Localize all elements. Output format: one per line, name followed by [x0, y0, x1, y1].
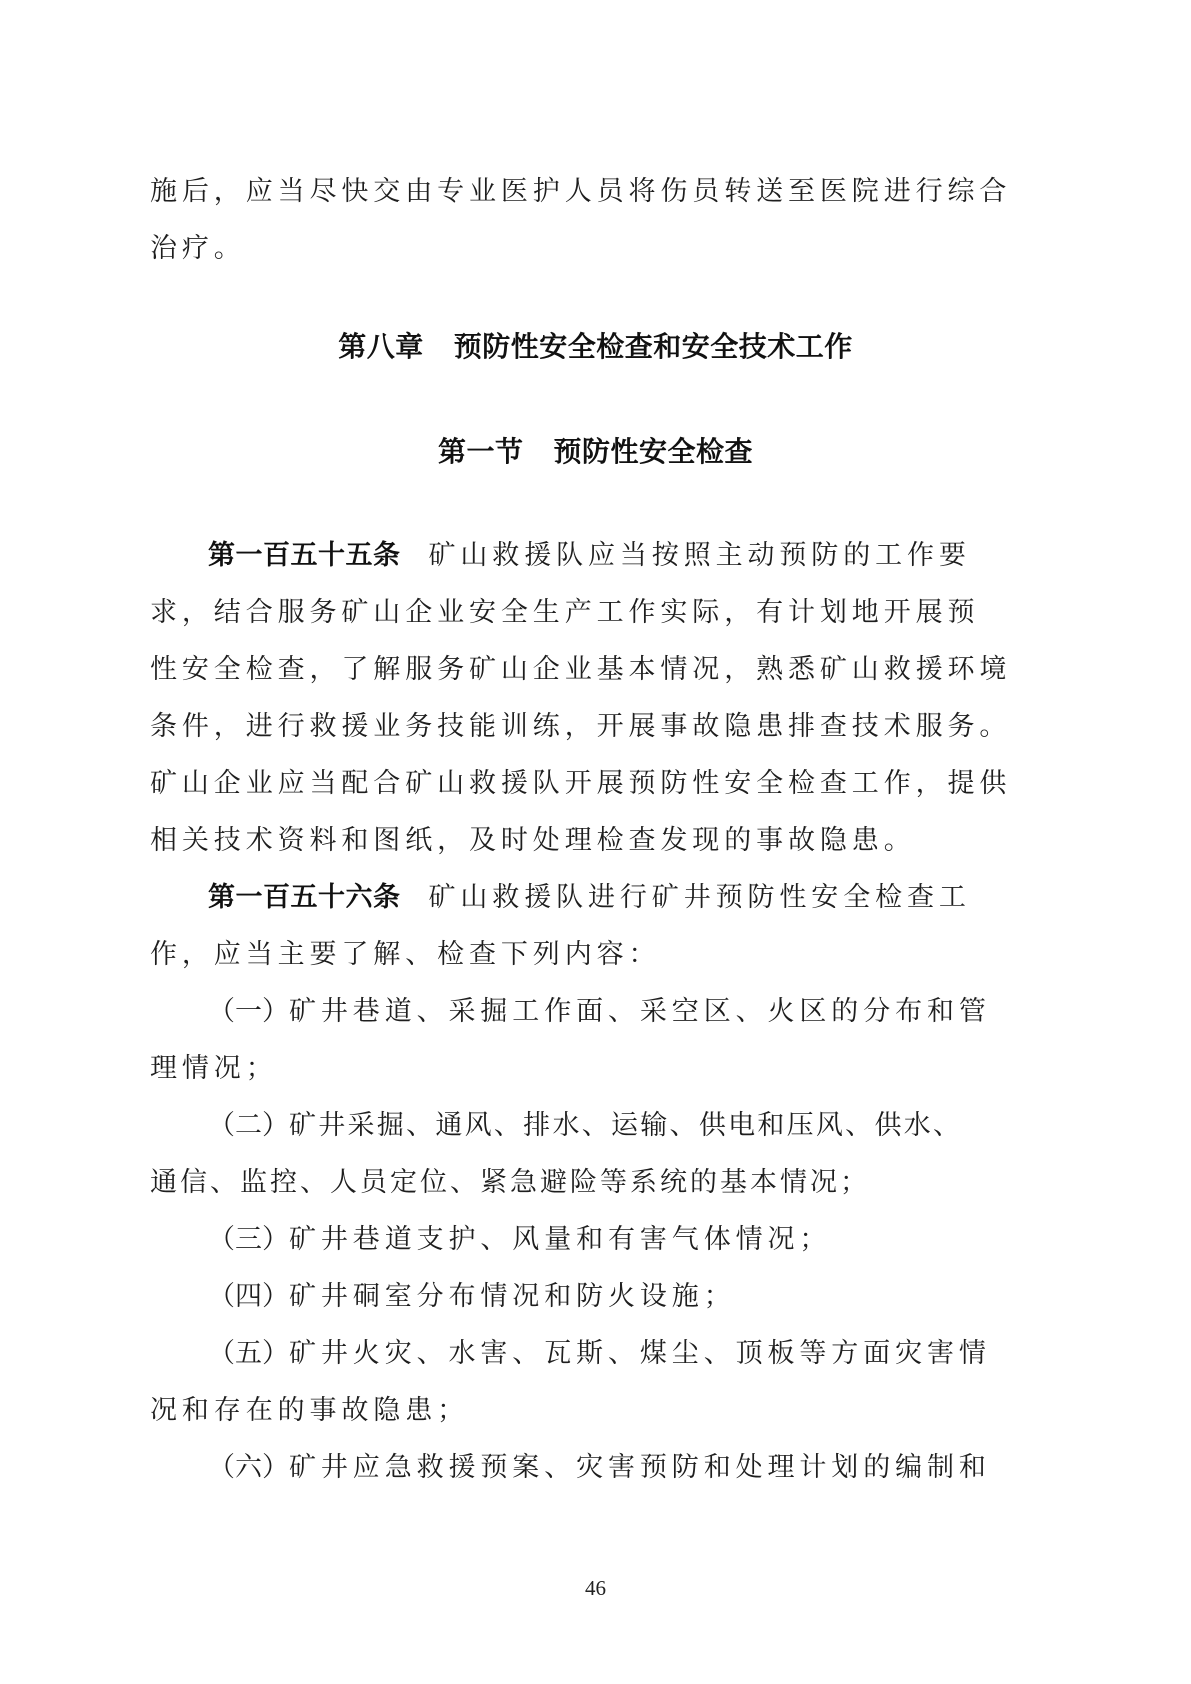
document-page: 施后，应当尽快交由专业医护人员将伤员转送至医院进行综合 治疗。 第八章预防性安全… — [0, 0, 1191, 1684]
chapter-number: 第八章 — [338, 330, 424, 363]
list-item-text: 矿井应急救援预案、灾害预防和处理计划的编制和 — [289, 1448, 991, 1488]
paragraph-line: 条件，进行救援业务技能训练，开展事故隐患排查技术服务。 — [150, 707, 962, 747]
article-156-first-line: 第一百五十六条 矿山救援队进行矿井预防性安全检查工 — [208, 878, 962, 918]
section-title: 预防性安全检查 — [554, 435, 754, 468]
list-item-6: （六） 矿井应急救援预案、灾害预防和处理计划的编制和 — [208, 1448, 962, 1488]
list-item-continuation: 通信、监控、人员定位、紧急避险等系统的基本情况； — [150, 1163, 962, 1203]
article-label: 第一百五十五条 — [208, 536, 401, 576]
list-item-text: 矿井采掘、通风、排水、运输、供电和压风、供水、 — [289, 1106, 962, 1146]
paragraph-line: 治疗。 — [150, 229, 962, 269]
paragraph-line: 相关技术资料和图纸，及时处理检查发现的事故隐患。 — [150, 821, 962, 861]
list-item-text: 矿井火灾、水害、瓦斯、煤尘、顶板等方面灾害情 — [289, 1334, 991, 1374]
list-item-continuation: 理情况； — [150, 1049, 962, 1089]
list-item-1: （一） 矿井巷道、采掘工作面、采空区、火区的分布和管 — [208, 992, 962, 1032]
section-heading: 第一节预防性安全检查 — [0, 432, 1191, 472]
list-item-text: 矿井硐室分布情况和防火设施； — [289, 1277, 736, 1317]
list-item-text: 矿井巷道、采掘工作面、采空区、火区的分布和管 — [289, 992, 991, 1032]
paragraph-line: 施后，应当尽快交由专业医护人员将伤员转送至医院进行综合 — [150, 172, 962, 212]
chapter-title: 预防性安全检查和安全技术工作 — [454, 330, 853, 363]
list-item-5: （五） 矿井火灾、水害、瓦斯、煤尘、顶板等方面灾害情 — [208, 1334, 962, 1374]
page-number: 46 — [0, 1576, 1191, 1601]
paragraph-line: 作，应当主要了解、检查下列内容： — [150, 935, 962, 975]
list-marker: （五） — [208, 1334, 289, 1374]
list-item-3: （三） 矿井巷道支护、风量和有害气体情况； — [208, 1220, 962, 1260]
article-label: 第一百五十六条 — [208, 878, 401, 918]
list-item-text: 矿井巷道支护、风量和有害气体情况； — [289, 1220, 831, 1260]
paragraph-line: 矿山救援队进行矿井预防性安全检查工 — [429, 878, 971, 918]
section-number: 第一节 — [438, 435, 524, 468]
list-item-continuation: 况和存在的事故隐患； — [150, 1391, 962, 1431]
list-item-4: （四） 矿井硐室分布情况和防火设施； — [208, 1277, 962, 1317]
list-marker: （三） — [208, 1220, 289, 1260]
list-marker: （二） — [208, 1106, 289, 1146]
chapter-heading: 第八章预防性安全检查和安全技术工作 — [0, 327, 1191, 367]
paragraph-line: 矿山企业应当配合矿山救援队开展预防性安全检查工作，提供 — [150, 764, 962, 804]
paragraph-line: 性安全检查，了解服务矿山企业基本情况，熟悉矿山救援环境 — [150, 650, 962, 690]
list-item-2: （二） 矿井采掘、通风、排水、运输、供电和压风、供水、 — [208, 1106, 962, 1146]
list-marker: （六） — [208, 1448, 289, 1488]
paragraph-line: 矿山救援队应当按照主动预防的工作要 — [429, 536, 971, 576]
list-marker: （一） — [208, 992, 289, 1032]
paragraph-line: 求，结合服务矿山企业安全生产工作实际，有计划地开展预 — [150, 593, 962, 633]
list-marker: （四） — [208, 1277, 289, 1317]
article-155-first-line: 第一百五十五条 矿山救援队应当按照主动预防的工作要 — [208, 536, 962, 576]
